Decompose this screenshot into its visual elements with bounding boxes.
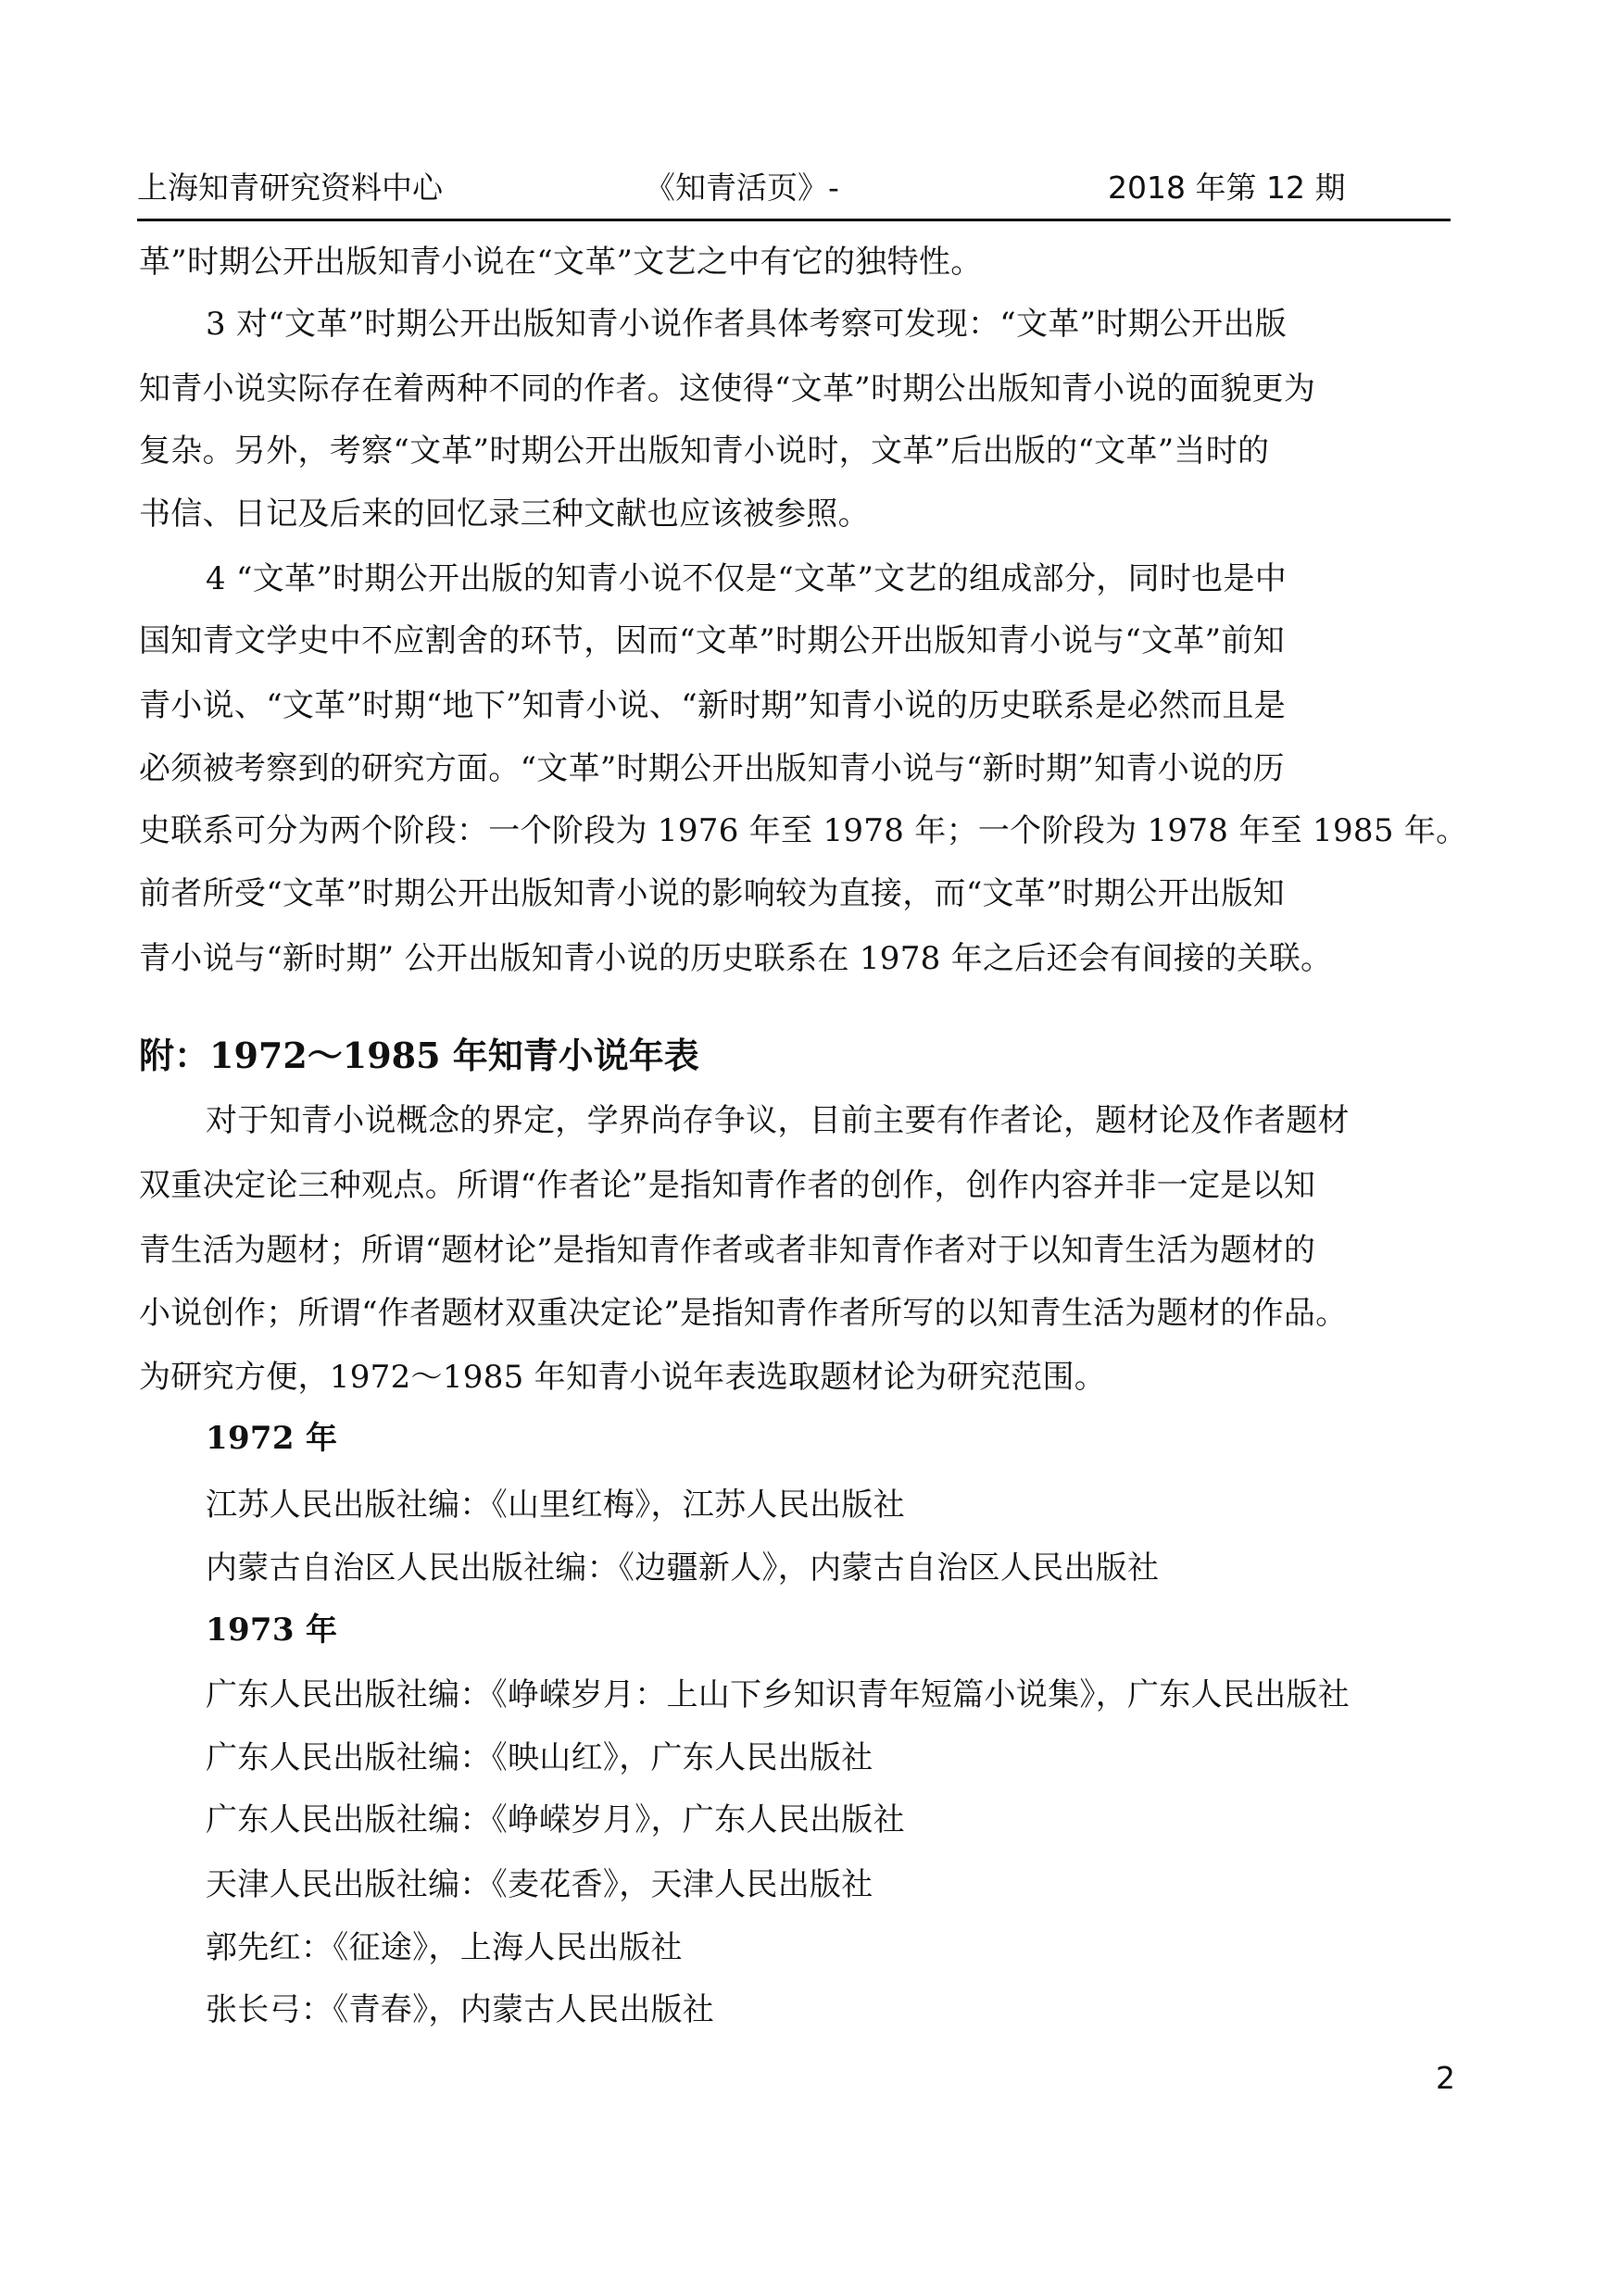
body-line: 复杂。另外，考察“文革”时期公开出版知青小说时，文革”后出版的“文革”当时的 — [139, 430, 1454, 472]
paragraph-3-start: 3 对“文革”时期公开出版知青小说作者具体考察可发现：“文革”时期公开出版 — [206, 303, 1521, 345]
appendix-intro-line: 为研究方便，1972～1985 年知青小说年表选取题材论为研究范围。 — [139, 1356, 1454, 1399]
paragraph-4-start: 4 “文革”时期公开出版的知青小说不仅是“文革”文艺的组成部分，同时也是中 — [206, 558, 1521, 600]
header-divider — [137, 219, 1451, 221]
chronology-entry: 广东人民出版社编：《映山红》，广东人民出版社 — [206, 1737, 1521, 1779]
body-line: 必须被考察到的研究方面。“文革”时期公开出版知青小说与“新时期”知青小说的历 — [139, 747, 1454, 790]
body-line: 知青小说实际存在着两种不同的作者。这使得“文革”时期公出版知青小说的面貌更为 — [139, 368, 1454, 410]
body-line: 青小说、“文革”时期“地下”知青小说、“新时期”知青小说的历史联系是必然而且是 — [139, 684, 1454, 727]
header-organization: 上海知青研究资料中心 — [137, 165, 443, 211]
body-line: 革”时期公开出版知青小说在“文革”文艺之中有它的独特性。 — [139, 241, 1454, 283]
chronology-entry: 天津人民出版社编：《麦花香》，天津人民出版社 — [206, 1863, 1521, 1906]
appendix-heading: 附：1972～1985 年知青小说年表 — [139, 1033, 699, 1079]
year-heading-1972: 1972 年 — [206, 1417, 1521, 1460]
chronology-entry: 广东人民出版社编：《峥嵘岁月：上山下乡知识青年短篇小说集》，广东人民出版社 — [206, 1674, 1521, 1716]
year-heading-1973: 1973 年 — [206, 1609, 1521, 1651]
chronology-entry: 郭先红：《征途》，上海人民出版社 — [206, 1926, 1521, 1969]
chronology-entry: 内蒙古自治区人民出版社编：《边疆新人》，内蒙古自治区人民出版社 — [206, 1547, 1521, 1589]
appendix-intro-line: 小说创作；所谓“作者题材双重决定论”是指知青作者所写的以知青生活为题材的作品。 — [139, 1292, 1454, 1335]
chronology-entry: 江苏人民出版社编：《山里红梅》，江苏人民出版社 — [206, 1484, 1521, 1526]
appendix-intro-line: 双重决定论三种观点。所谓“作者论”是指知青作者的创作，创作内容并非一定是以知 — [139, 1164, 1454, 1207]
body-line: 史联系可分为两个阶段：一个阶段为 1976 年至 1978 年；一个阶段为 19… — [139, 809, 1454, 852]
appendix-intro-line: 对于知青小说概念的界定，学界尚存争议，目前主要有作者论，题材论及作者题材 — [206, 1099, 1521, 1142]
body-line: 国知青文学史中不应割舍的环节，因而“文革”时期公开出版知青小说与“文革”前知 — [139, 620, 1454, 662]
header-issue: 2018 年第 12 期 — [1108, 165, 1345, 211]
chronology-entry: 广东人民出版社编：《峥嵘岁月》，广东人民出版社 — [206, 1799, 1521, 1841]
body-line: 青小说与“新时期” 公开出版知青小说的历史联系在 1978 年之后还会有间接的关… — [139, 937, 1454, 980]
header-publication: 《知青活页》- — [645, 165, 839, 211]
appendix-intro-line: 青生活为题材；所谓“题材论”是指知青作者或者非知青作者对于以知青生活为题材的 — [139, 1229, 1454, 1272]
document-page: 上海知青研究资料中心 《知青活页》- 2018 年第 12 期 革”时期公开出版… — [0, 0, 1621, 2296]
page-number: 2 — [1436, 2058, 1455, 2099]
body-line: 前者所受“文革”时期公开出版知青小说的影响较为直接，而“文革”时期公开出版知 — [139, 872, 1454, 915]
page-header: 上海知青研究资料中心 《知青活页》- 2018 年第 12 期 — [137, 165, 1451, 211]
body-line: 书信、日记及后来的回忆录三种文献也应该被参照。 — [139, 493, 1454, 535]
chronology-entry: 张长弓：《青春》，内蒙古人民出版社 — [206, 1989, 1521, 2031]
